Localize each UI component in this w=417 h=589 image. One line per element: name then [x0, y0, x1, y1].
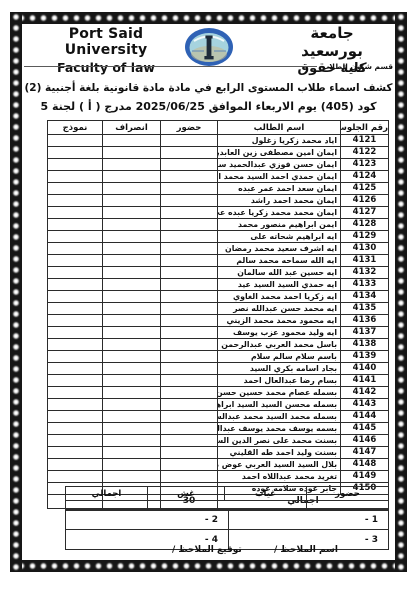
student-name-cell: بلال السيد السيد العربي عوض بعيله [218, 459, 341, 471]
student-name-cell: ايمن ابراهيم منصور محمد [218, 219, 341, 231]
student-row: 4137 ايه وليد محمود عزب يوسف [48, 327, 389, 339]
seat-number-cell: 4133 [341, 279, 389, 291]
seat-number-cell: 4121 [341, 135, 389, 147]
col-header-attendance: حضور [161, 121, 218, 135]
departure-cell [103, 387, 161, 399]
attendance-cell [161, 279, 218, 291]
form-cell [48, 195, 103, 207]
attendance-cell [161, 135, 218, 147]
departure-cell [103, 243, 161, 255]
attendance-sheet-page: { "header": { "university_en": "Port Sai… [0, 0, 417, 589]
form-cell [48, 435, 103, 447]
form-cell [48, 231, 103, 243]
seat-number-cell: 4142 [341, 387, 389, 399]
form-cell [48, 351, 103, 363]
form-cell [48, 291, 103, 303]
student-name-cell: ايه وليد محمود عزب يوسف [218, 327, 341, 339]
seat-number-cell: 4123 [341, 159, 389, 171]
seat-number-cell: 4127 [341, 207, 389, 219]
departure-cell [103, 375, 161, 387]
departure-cell [103, 327, 161, 339]
col-header-form: نموذج [48, 121, 103, 135]
student-name-cell: ايمان محمد احمد راشد [218, 195, 341, 207]
attendance-cell [161, 231, 218, 243]
form-cell [48, 459, 103, 471]
attendance-cell [161, 471, 218, 483]
student-name-cell: ايه محمد حسن عبدالله نصر [218, 303, 341, 315]
student-row: 4144 بسمله محمد السيد محمد عبدالسلام [48, 411, 389, 423]
form-cell [48, 339, 103, 351]
summary-col-absence: غياب [225, 487, 307, 501]
student-name-cell: ايه اشرف سعيد محمد رمضان [218, 243, 341, 255]
attendance-cell [161, 351, 218, 363]
student-name-cell: بسمله محسن السيد السيد ابراهيم كشك [218, 399, 341, 411]
attendance-cell [161, 255, 218, 267]
form-cell [48, 363, 103, 375]
student-name-cell: اياد محمد زكريا زغلول [218, 135, 341, 147]
form-cell [48, 447, 103, 459]
student-row: 4123 ايمان حسن فوزي عبدالحميد سليمان [48, 159, 389, 171]
attendance-cell [161, 447, 218, 459]
col-header-departure: انصراف [103, 121, 161, 135]
seat-number-cell: 4136 [341, 315, 389, 327]
student-name-cell: بسام رضا عبدالعال احمد [218, 375, 341, 387]
student-row: 4130 ايه اشرف سعيد محمد رمضان [48, 243, 389, 255]
form-cell [48, 255, 103, 267]
seat-number-cell: 4137 [341, 327, 389, 339]
attendance-cell [161, 459, 218, 471]
student-name-cell: بسمه يوسف محمد يوسف عبدالرحمن [218, 423, 341, 435]
student-name-cell: ايمان سعد احمد عمر عبده [218, 183, 341, 195]
departure-cell [103, 471, 161, 483]
student-row: 4136 ايه محمود محمد محمد الزيني [48, 315, 389, 327]
attendance-cell [161, 291, 218, 303]
departure-cell [103, 351, 161, 363]
student-name-cell: ايه حسين عبد الله سالمان [218, 267, 341, 279]
border-ornament-bottom [10, 560, 407, 572]
student-row: 4135 ايه محمد حسن عبدالله نصر [48, 303, 389, 315]
departure-cell [103, 255, 161, 267]
seat-number-cell: 4129 [341, 231, 389, 243]
student-row: 4141 بسام رضا عبدالعال احمد [48, 375, 389, 387]
note-line-1: 1 - [229, 510, 389, 530]
divider-line [24, 66, 317, 67]
summary-col-cheating: غش [148, 487, 225, 501]
form-cell [48, 423, 103, 435]
departure-cell [103, 135, 161, 147]
seat-number-cell: 4149 [341, 471, 389, 483]
student-row: 4142 بسمله عصام محمد حسين حسن مصطفى [48, 387, 389, 399]
seat-number-cell: 4122 [341, 147, 389, 159]
university-name-ar: جامعة بورسعيد [277, 24, 387, 60]
form-cell [48, 375, 103, 387]
attendance-cell [161, 303, 218, 315]
student-name-cell: ايمان حسن فوزي عبدالحميد سليمان [218, 159, 341, 171]
numbered-notes-table: 1 - 2 - 3 - 4 - [65, 509, 389, 550]
student-row: 4140 بجاد اسامه بكري السيد [48, 363, 389, 375]
border-ornament-right [395, 12, 407, 572]
sheet-title: كشف اسماء طلاب المستوى الرابع في مادة ما… [20, 82, 397, 94]
student-row: 4145 بسمه يوسف محمد يوسف عبدالرحمن [48, 423, 389, 435]
university-name-en: Port Said University [30, 26, 182, 58]
departure-cell [103, 207, 161, 219]
seat-number-cell: 4128 [341, 219, 389, 231]
form-cell [48, 147, 103, 159]
student-name-cell: بجاد اسامه بكري السيد [218, 363, 341, 375]
departure-cell [103, 459, 161, 471]
form-cell [48, 303, 103, 315]
student-row: 4133 ايه حمدي السيد السيد عيد [48, 279, 389, 291]
departure-cell [103, 171, 161, 183]
student-row: 4148 بلال السيد السيد العربي عوض بعيله [48, 459, 389, 471]
seat-number-cell: 4144 [341, 411, 389, 423]
seat-number-cell: 4138 [341, 339, 389, 351]
student-name-cell: ايه حمدي السيد السيد عيد [218, 279, 341, 291]
departure-cell [103, 435, 161, 447]
departure-cell [103, 399, 161, 411]
form-cell [48, 471, 103, 483]
departure-cell [103, 231, 161, 243]
attendance-cell [161, 327, 218, 339]
student-name-cell: بسنت محمد على نصر الدين السيد البشار [218, 435, 341, 447]
departure-cell [103, 303, 161, 315]
department-label: قسم شئون الطلاب [322, 62, 393, 71]
departure-cell [103, 195, 161, 207]
departure-cell [103, 291, 161, 303]
seat-number-cell: 4130 [341, 243, 389, 255]
student-row: 4127 ايمان محمد محمد زكريا عبده عجوه [48, 207, 389, 219]
seat-number-cell: 4125 [341, 183, 389, 195]
attendance-cell [161, 411, 218, 423]
student-name-cell: ايمان حمدي احمد السيد محمد الخميسي [218, 171, 341, 183]
seat-number-cell: 4140 [341, 363, 389, 375]
exam-session-info: كود (405) يوم الاربعاء الموافق 2025/06/2… [20, 100, 397, 113]
student-row: 4126 ايمان محمد احمد راشد [48, 195, 389, 207]
seat-number-cell: 4131 [341, 255, 389, 267]
student-row: 4134 ايه زكريا احمد محمد الغاوي [48, 291, 389, 303]
border-ornament-left [10, 12, 22, 572]
attendance-cell [161, 219, 218, 231]
form-cell [48, 315, 103, 327]
student-name-cell: ايه ابراهيم شحاته على [218, 231, 341, 243]
departure-cell [103, 423, 161, 435]
student-row: 4139 باسم سلام سالم سلام [48, 351, 389, 363]
form-cell [48, 171, 103, 183]
form-cell [48, 219, 103, 231]
attendance-cell [161, 423, 218, 435]
attendance-cell [161, 387, 218, 399]
form-cell [48, 135, 103, 147]
student-name-cell: بسنت وليد احمد طه القليني [218, 447, 341, 459]
attendance-cell [161, 315, 218, 327]
student-row: 4128 ايمن ابراهيم منصور محمد [48, 219, 389, 231]
observer-signature-label: توقيع الملاحظ / [172, 545, 242, 555]
form-cell [48, 243, 103, 255]
student-name-cell: بسمله عصام محمد حسين حسن مصطفى [218, 387, 341, 399]
student-row: 4132 ايه حسين عبد الله سالمان [48, 267, 389, 279]
attendance-cell [161, 339, 218, 351]
summary-col-attendance: حضور [307, 487, 389, 501]
attendance-cell [161, 243, 218, 255]
attendance-cell [161, 147, 218, 159]
seat-number-cell: 4143 [341, 399, 389, 411]
form-cell [48, 411, 103, 423]
form-cell [48, 207, 103, 219]
form-cell [48, 183, 103, 195]
student-row: 4146 بسنت محمد على نصر الدين السيد البشا… [48, 435, 389, 447]
seat-number-cell: 4132 [341, 267, 389, 279]
summary-col-total: اجمالي [66, 487, 148, 501]
departure-cell [103, 363, 161, 375]
departure-cell [103, 183, 161, 195]
attendance-cell [161, 375, 218, 387]
attendance-cell [161, 159, 218, 171]
student-row: 4143 بسمله محسن السيد السيد ابراهيم كشك [48, 399, 389, 411]
border-ornament-top [10, 12, 407, 24]
attendance-cell [161, 183, 218, 195]
university-logo-icon [184, 27, 234, 67]
seat-number-cell: 4146 [341, 435, 389, 447]
seat-number-cell: 4148 [341, 459, 389, 471]
observer-name-label: اسم الملاحظ / [274, 545, 338, 555]
students-table-header-row: رقم الجلوس اسم الطالب حضور انصراف نموذج [48, 121, 389, 135]
form-cell [48, 387, 103, 399]
note-line-2: 2 - [66, 510, 229, 530]
departure-cell [103, 315, 161, 327]
seat-number-cell: 4147 [341, 447, 389, 459]
student-name-cell: باسم سلام سالم سلام [218, 351, 341, 363]
col-header-seat-number: رقم الجلوس [341, 121, 389, 135]
departure-cell [103, 447, 161, 459]
departure-cell [103, 339, 161, 351]
departure-cell [103, 159, 161, 171]
form-cell [48, 279, 103, 291]
col-header-student-name: اسم الطالب [218, 121, 341, 135]
summary-header-row: حضور غياب غش اجمالي [66, 487, 389, 501]
attendance-cell [161, 435, 218, 447]
student-row: 4129 ايه ابراهيم شحاته على [48, 231, 389, 243]
student-row: 4121 اياد محمد زكريا زغلول [48, 135, 389, 147]
student-name-cell: تغريد محمد عبداللاه احمد [218, 471, 341, 483]
departure-cell [103, 279, 161, 291]
form-cell [48, 327, 103, 339]
attendance-cell [161, 195, 218, 207]
form-cell [48, 267, 103, 279]
attendance-cell [161, 171, 218, 183]
seat-number-cell: 4145 [341, 423, 389, 435]
seat-number-cell: 4135 [341, 303, 389, 315]
student-name-cell: ايمان امين مصطفى زين العابدين [218, 147, 341, 159]
student-row: 4124 ايمان حمدي احمد السيد محمد الخميسي [48, 171, 389, 183]
departure-cell [103, 411, 161, 423]
student-name-cell: ايه الله سماحه محمد سالم [218, 255, 341, 267]
student-name-cell: ايمان محمد محمد زكريا عبده عجوه [218, 207, 341, 219]
student-rows: 4121 اياد محمد زكريا زغلول 4122 ايمان ام… [48, 135, 389, 495]
departure-cell [103, 267, 161, 279]
summary-table: حضور غياب غش اجمالي [65, 486, 389, 511]
seat-number-cell: 4139 [341, 351, 389, 363]
seat-number-cell: 4124 [341, 171, 389, 183]
student-row: 4131 ايه الله سماحه محمد سالم [48, 255, 389, 267]
student-name-cell: ايه زكريا احمد محمد الغاوي [218, 291, 341, 303]
form-cell [48, 399, 103, 411]
numbered-row: 1 - 2 - [66, 510, 389, 530]
form-cell [48, 159, 103, 171]
students-table: رقم الجلوس اسم الطالب حضور انصراف نموذج … [47, 120, 389, 509]
departure-cell [103, 147, 161, 159]
seat-number-cell: 4141 [341, 375, 389, 387]
student-name-cell: بسمله محمد السيد محمد عبدالسلام [218, 411, 341, 423]
attendance-cell [161, 363, 218, 375]
student-row: 4138 باسل محمد العربي عبدالرحمن [48, 339, 389, 351]
student-name-cell: ايه محمود محمد محمد الزيني [218, 315, 341, 327]
seat-number-cell: 4134 [341, 291, 389, 303]
attendance-cell [161, 207, 218, 219]
student-row: 4147 بسنت وليد احمد طه القليني [48, 447, 389, 459]
student-name-cell: باسل محمد العربي عبدالرحمن [218, 339, 341, 351]
attendance-cell [161, 267, 218, 279]
departure-cell [103, 219, 161, 231]
attendance-cell [161, 399, 218, 411]
student-row: 4149 تغريد محمد عبداللاه احمد [48, 471, 389, 483]
student-row: 4125 ايمان سعد احمد عمر عبده [48, 183, 389, 195]
student-row: 4122 ايمان امين مصطفى زين العابدين [48, 147, 389, 159]
seat-number-cell: 4126 [341, 195, 389, 207]
department-divider: قسم شئون الطلاب [24, 62, 393, 71]
